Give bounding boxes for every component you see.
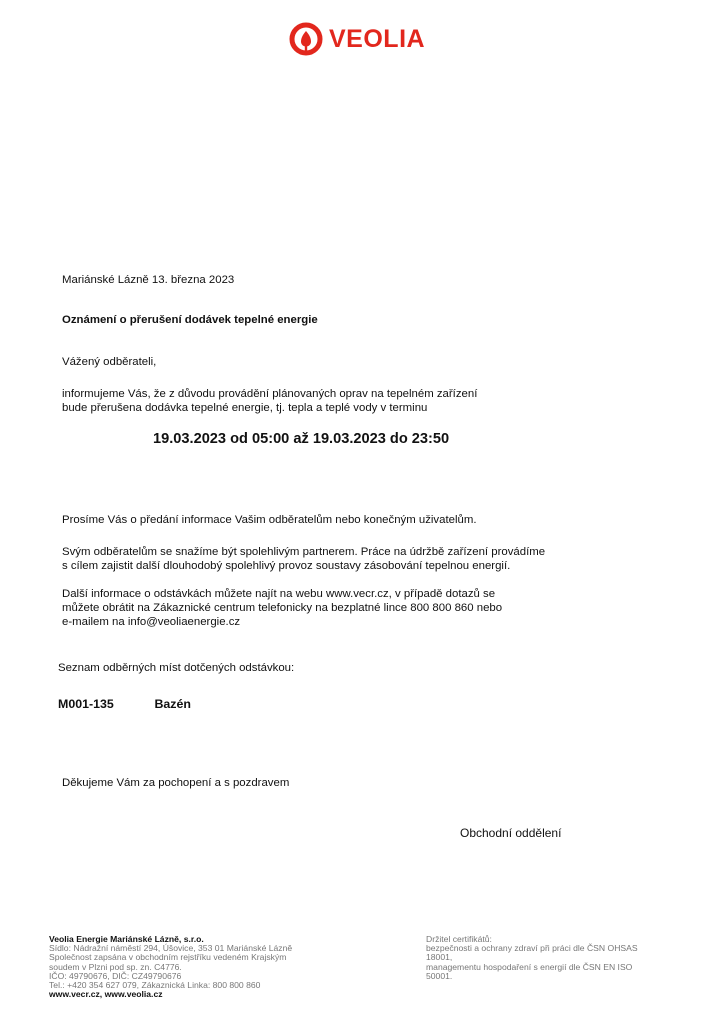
partner-line: Svým odběratelům se snažíme být spolehli… [62,545,545,559]
brand-name: VEOLIA [329,22,425,56]
partner-line: s cílem zajistit další dlouhodobý spoleh… [62,559,545,573]
salutation: Vážený odběrateli, [62,355,156,369]
veolia-logo-icon [289,22,323,56]
closing: Děkujeme Vám za pochopení a s pozdravem [62,776,289,790]
request-paragraph: Prosíme Vás o předání informace Vašim od… [62,513,476,527]
info-line: e-mailem na info@veoliaenergie.cz [62,615,502,629]
info-line: Další informace o odstávkách můžete nají… [62,587,502,601]
partner-paragraph: Svým odběratelům se snažíme být spolehli… [62,545,545,573]
outage-period: 19.03.2023 od 05:00 až 19.03.2023 do 23:… [153,431,449,447]
supply-point-code: M001-135 [58,697,150,711]
place-date: Mariánské Lázně 13. března 2023 [62,273,234,287]
signature: Obchodní oddělení [460,826,561,840]
intro-line: bude přerušena dodávka tepelné energie, … [62,401,477,415]
letter-title: Oznámení o přerušení dodávek tepelné ene… [62,314,318,326]
supply-points-heading: Seznam odběrných míst dotčených odstávko… [58,661,294,675]
certificate-line: 50001. [426,972,638,981]
veolia-logo: VEOLIA [289,22,425,56]
info-paragraph: Další informace o odstávkách můžete nají… [62,587,502,629]
company-websites[interactable]: www.vecr.cz, www.veolia.cz [49,990,292,999]
footer-certificates: Držitel certifikátů: bezpečnosti a ochra… [426,935,638,981]
intro-paragraph: informujeme Vás, že z důvodu provádění p… [62,387,477,415]
footer-company: Veolia Energie Mariánské Lázně, s.r.o. S… [49,935,292,999]
certificate-line: bezpečnosti a ochrany zdraví při práci d… [426,944,638,953]
intro-line: informujeme Vás, že z důvodu provádění p… [62,387,477,401]
supply-point-name: Bazén [154,697,191,711]
certificate-line: managementu hospodaření s energií dle ČS… [426,963,638,972]
supply-point-row: M001-135 Bazén [58,695,191,713]
info-line: můžete obrátit na Zákaznické centrum tel… [62,601,502,615]
